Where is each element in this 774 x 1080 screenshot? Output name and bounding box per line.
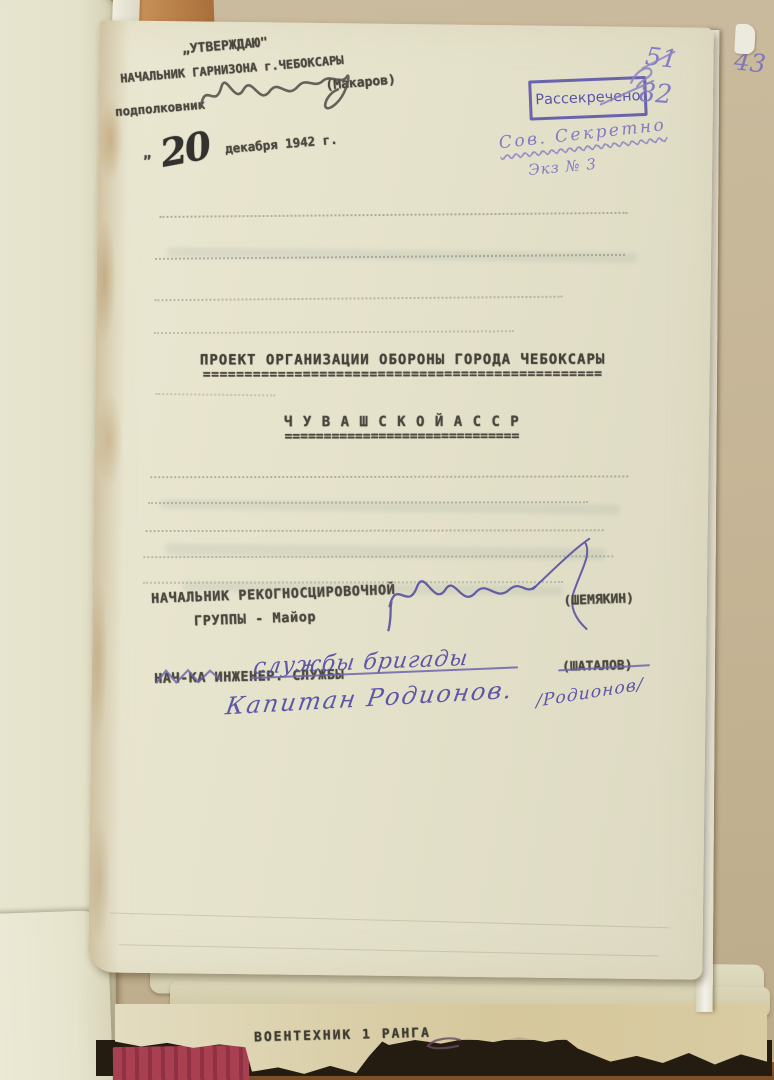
page-crease [119,944,659,956]
bookmark-tab-right [734,23,756,54]
approval-block: „УТВЕРЖДАЮ" НАЧАЛЬНИК ГАРНИЗОНА г.ЧЕБОКС… [110,21,451,198]
pen-scribble-over-role [154,665,224,689]
shemyakin-signature-scrawl [381,537,600,645]
sig1-name: (ШЕМЯКИН) [563,591,634,609]
date-day-handwritten: 20 [157,122,213,175]
dotted-leader-line [150,475,628,478]
title-block: ПРОЕКТ ОРГАНИЗАЦИИ ОБОРОНЫ ГОРОДА ЧЕБОКС… [96,351,710,382]
document-page: „УТВЕРЖДАЮ" НАЧАЛЬНИК ГАРНИЗОНА г.ЧЕБОКС… [88,20,714,979]
subtitle-block: Ч У В А Ш С К О Й А С С Р ==============… [95,413,709,444]
page-crease [109,913,669,929]
document-title-underline: ========================================… [96,366,710,382]
dotted-leader-line [146,529,604,532]
dotted-leader-line [155,393,275,396]
date-quote: „ [142,145,152,162]
dotted-leader-line [154,296,562,302]
secrecy-note: Сов. Секретно [498,115,667,153]
dotted-leader-line [154,330,514,334]
document-subtitle-underline: ============================== [95,428,709,444]
signature-block-engineer: НАЧ-КА ИНЖЕНЕР. СЛУЖБЫ службы бригады (Ш… [154,655,701,767]
approval-rank: подполковник [114,97,205,120]
date-rest: декабря 1942 г. [224,132,338,156]
dotted-leader-line [159,212,627,218]
page-number-new: 82 [638,78,673,111]
red-cloth-spine [113,1045,250,1080]
date-line: „ 20 декабря 1942 г. [141,114,340,175]
sig2-name-handwritten: /Родионов/ [536,675,644,712]
archival-photo: 43 ВОЕНТЕХНИК 1 РАНГА „УТВЕРЖДАЮ" НАЧАЛЬ… [0,0,774,1080]
sig1-role-line2: ГРУППЫ - Майор [194,609,317,629]
copy-number: Экз № 3 [527,155,597,179]
pen-mark-bottom [424,1034,464,1054]
